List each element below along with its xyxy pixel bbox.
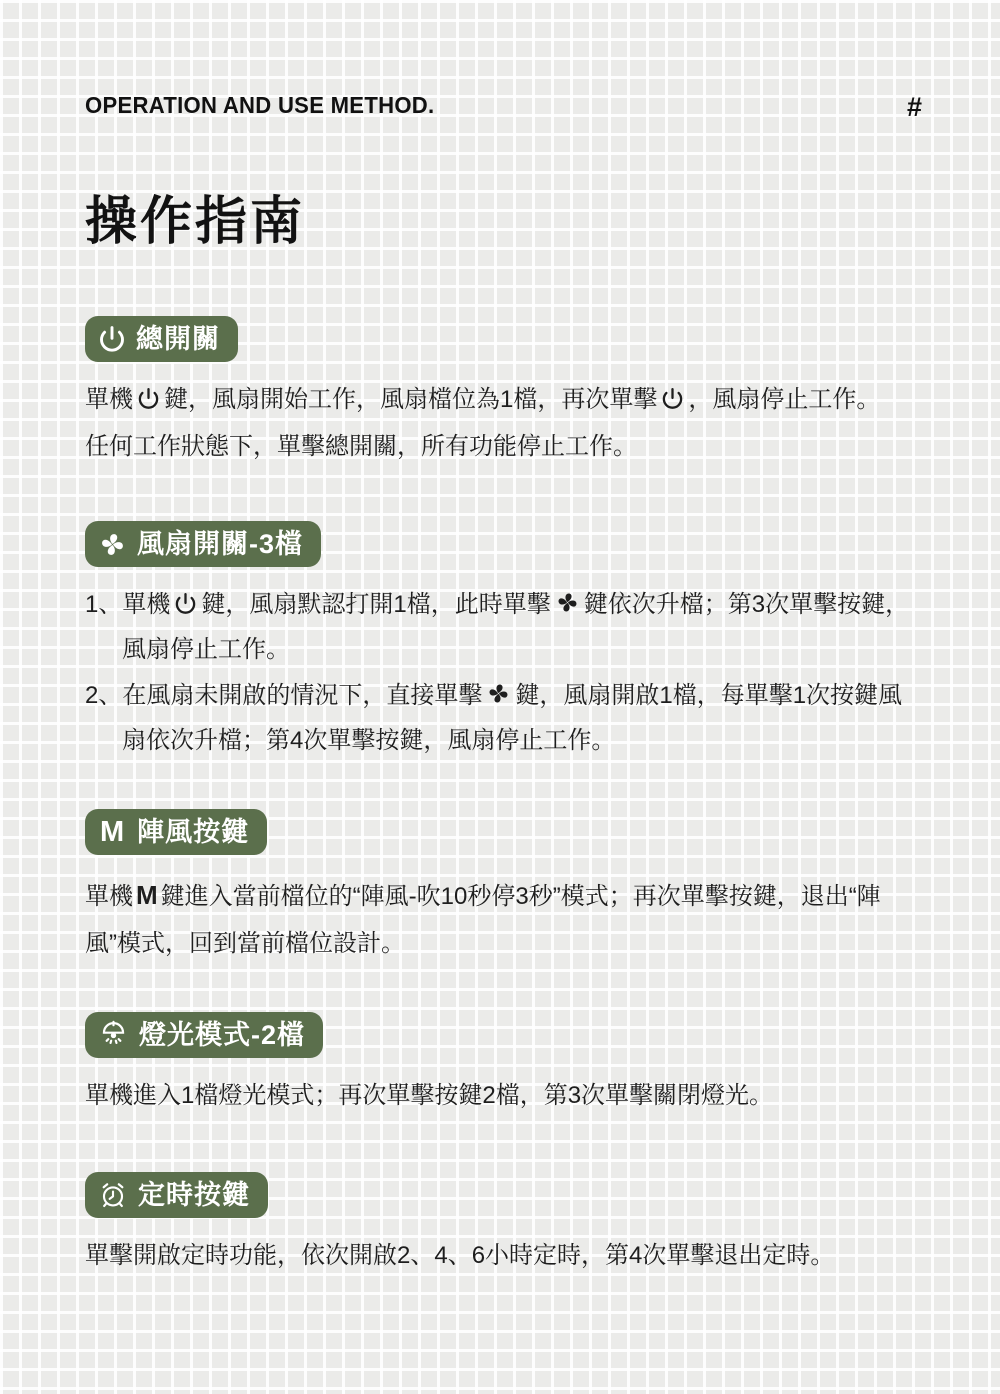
power-icon [137,386,160,413]
text-segment: ，風扇停止工作。 [688,386,880,413]
text-segment: 1、單機 [85,591,170,618]
power-icon [661,386,684,413]
text-segment: 鍵進入當前檔位的“陣風-吹10秒停3秒”模式；再次單擊按鍵，退出“陣風”模式，回… [85,883,881,957]
section-body: 單擊開啟定時功能，依次開啟2、4、6小時定時，第4次單擊退出定時。 [85,1233,922,1280]
section-body: 單機鍵，風扇開始工作，風扇檔位為1檔，再次單擊，風扇停止工作。 任何工作狀態下，… [85,377,922,471]
light-mode-badge: 燈光模式-2檔 [85,1012,323,1058]
badge-label: 陣風按鍵 [137,816,249,848]
badge-label: 燈光模式-2檔 [139,1019,305,1051]
text-segment: 鍵，風扇開始工作，風扇檔位為1檔，再次單擊 [164,386,657,413]
section-fan: 風扇開關-3檔 1、單機鍵，風扇默認打開1檔，此時單擊鍵依次升檔；第3次單擊按鍵… [85,471,922,763]
gust-button-badge: M 陣風按鍵 [85,809,267,855]
letter-m-icon: M [136,880,158,910]
power-icon [98,325,126,353]
text-segment: 單擊開啟定時功能，依次開啟2、4、6小時定時，第4次單擊退出定時。 [85,1242,834,1269]
header-title: OPERATION AND USE METHOD. [85,92,434,119]
text-segment: 單機 [85,883,133,910]
section-gust: M 陣風按鍵 單機M鍵進入當前檔位的“陣風-吹10秒停3秒”模式；再次單擊按鍵，… [85,763,922,968]
badge-label: 總開關 [136,323,220,355]
page-content: OPERATION AND USE METHOD. # 操作指南 總開關 單機鍵… [0,0,1000,1280]
power-switch-badge: 總開關 [85,316,238,362]
fan-icon [555,591,580,618]
hash-mark: # [907,92,922,123]
text-segment: 任何工作狀態下，單擊總開關，所有功能停止工作。 [85,433,637,460]
section-light: 燈光模式-2檔 單機進入1檔燈光模式；再次單擊按鍵2檔，第3次單擊關閉燈光。 [85,968,922,1120]
lamp-icon [98,1019,129,1050]
section-body: 單機進入1檔燈光模式；再次單擊按鍵2檔，第3次單擊關閉燈光。 [85,1073,922,1120]
section-power: 總開關 單機鍵，風扇開始工作，風扇檔位為1檔，再次單擊，風扇停止工作。 任何工作… [85,254,922,471]
instruction-page: OPERATION AND USE METHOD. # 操作指南 總開關 單機鍵… [0,0,1000,1394]
text-segment: 鍵，風扇默認打開1檔，此時單擊 [201,591,550,618]
list-item: 1、單機鍵，風扇默認打開1檔，此時單擊鍵依次升檔；第3次單擊按鍵，風扇停止工作。 [85,582,922,672]
section-body: 1、單機鍵，風扇默認打開1檔，此時單擊鍵依次升檔；第3次單擊按鍵，風扇停止工作。… [85,582,922,762]
fan-icon [486,682,511,709]
page-title: 操作指南 [85,179,922,254]
list-item: 2、在風扇未開啟的情況下，直接單擊鍵，風扇開啟1檔，每單擊1次按鍵風扇依次升檔；… [85,673,922,763]
paragraph: 單機M鍵進入當前檔位的“陣風-吹10秒停3秒”模式；再次單擊按鍵，退出“陣風”模… [85,870,922,968]
paragraph: 單擊開啟定時功能，依次開啟2、4、6小時定時，第4次單擊退出定時。 [85,1233,922,1280]
text-segment: 單機進入1檔燈光模式；再次單擊按鍵2檔，第3次單擊關閉燈光。 [85,1082,773,1109]
alarm-clock-icon [98,1180,128,1210]
fan-switch-badge: 風扇開關-3檔 [85,521,321,567]
power-icon [174,591,197,618]
section-body: 單機M鍵進入當前檔位的“陣風-吹10秒停3秒”模式；再次單擊按鍵，退出“陣風”模… [85,870,922,968]
letter-m-icon: M [98,818,127,847]
section-timer: 定時按鍵 單擊開啟定時功能，依次開啟2、4、6小時定時，第4次單擊退出定時。 [85,1120,922,1280]
text-segment: 單機 [85,386,133,413]
badge-label: 風扇開關-3檔 [137,528,303,560]
badge-label: 定時按鍵 [138,1179,250,1211]
paragraph: 任何工作狀態下，單擊總開關，所有功能停止工作。 [85,424,922,471]
fan-icon [98,530,127,559]
paragraph: 單機鍵，風扇開始工作，風扇檔位為1檔，再次單擊，風扇停止工作。 [85,377,922,424]
paragraph: 單機進入1檔燈光模式；再次單擊按鍵2檔，第3次單擊關閉燈光。 [85,1073,922,1120]
text-segment: 2、在風扇未開啟的情況下，直接單擊 [85,682,482,709]
timer-button-badge: 定時按鍵 [85,1172,268,1218]
page-header: OPERATION AND USE METHOD. # [85,92,922,123]
